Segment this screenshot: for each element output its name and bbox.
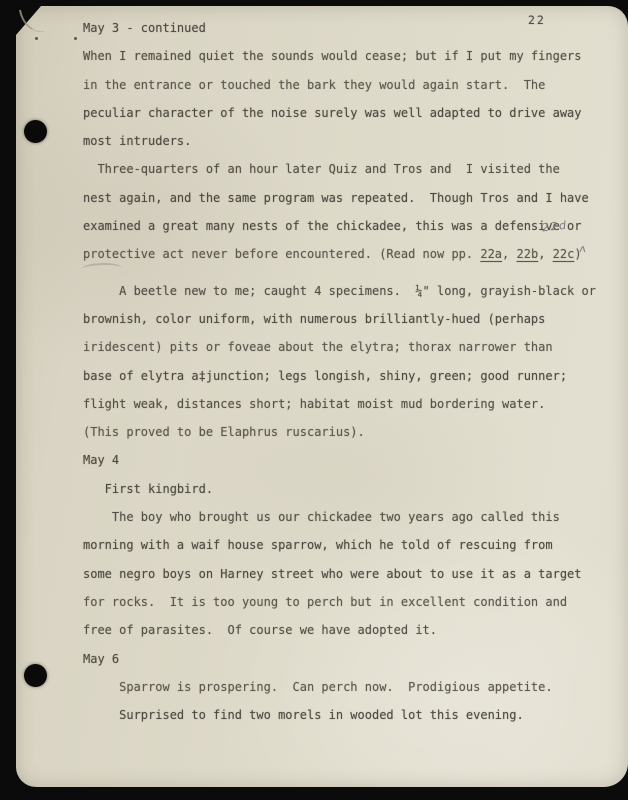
text-segment: protective act never before encountered.… bbox=[83, 247, 480, 261]
text-segment: Surprised to find two morels in wooded l… bbox=[83, 708, 524, 722]
text-line: free of parasites. Of course we have ado… bbox=[83, 616, 596, 644]
text-segment: free of parasites. Of course we have ado… bbox=[83, 623, 437, 637]
text-line: May 6 bbox=[83, 645, 596, 673]
text-segment: (This proved to be Elaphrus ruscarius). bbox=[83, 425, 365, 439]
text-segment: most intruders. bbox=[83, 134, 191, 148]
text-line: The boy who brought us our chickadee two… bbox=[83, 503, 596, 531]
text-line: iridescent) pits or foveae about the ely… bbox=[83, 333, 596, 361]
text-line: May 4 bbox=[83, 446, 596, 474]
text-segment: When I remained quiet the sounds would c… bbox=[83, 49, 582, 63]
pencil-squiggle-mark bbox=[82, 262, 123, 275]
ink-speck bbox=[35, 37, 38, 40]
caret-insertion-mark: ∧ bbox=[577, 244, 588, 255]
text-segment: iridescent) pits or foveae about the ely… bbox=[83, 340, 553, 354]
page-reference: 22c bbox=[553, 247, 575, 261]
text-segment: peculiar character of the noise surely w… bbox=[83, 106, 582, 120]
text-segment: , bbox=[538, 247, 552, 261]
text-line: May 3 - continued bbox=[83, 14, 596, 42]
text-segment: some negro boys on Harney street who wer… bbox=[83, 567, 582, 581]
punch-hole-top bbox=[24, 120, 47, 143]
text-segment: May 4 bbox=[83, 453, 119, 467]
text-line: examined a great many nests of the chick… bbox=[83, 212, 596, 240]
text-line: Three-quarters of an hour later Quiz and… bbox=[83, 155, 596, 183]
text-segment: nest again, and the same program was rep… bbox=[83, 191, 589, 205]
text-line: peculiar character of the noise surely w… bbox=[83, 99, 596, 127]
scan-background: 22 May 3 - continuedWhen I remained quie… bbox=[0, 0, 628, 800]
text-line: brownish, color uniform, with numerous b… bbox=[83, 305, 596, 333]
text-segment: May 6 bbox=[83, 652, 119, 666]
punch-hole-bottom bbox=[24, 664, 47, 687]
journal-page: 22 May 3 - continuedWhen I remained quie… bbox=[16, 6, 628, 787]
text-segment: May 3 - continued bbox=[83, 21, 206, 35]
text-line: Surprised to find two morels in wooded l… bbox=[83, 701, 596, 729]
text-line: morning with a waif house sparrow, which… bbox=[83, 531, 596, 559]
text-segment: First kingbird. bbox=[83, 482, 213, 496]
text-line: A beetle new to me; caught 4 specimens. … bbox=[83, 277, 596, 305]
text-segment: base of elytra a‡junction; legs longish,… bbox=[83, 369, 567, 383]
text-segment: in the entrance or touched the bark they… bbox=[83, 78, 545, 92]
ink-speck bbox=[74, 37, 77, 40]
text-segment: The boy who brought us our chickadee two… bbox=[83, 510, 560, 524]
handwritten-annotation: 22d bbox=[541, 219, 568, 235]
corner-fold-crease bbox=[19, 6, 44, 35]
text-line: in the entrance or touched the bark they… bbox=[83, 71, 596, 99]
text-line: (This proved to be Elaphrus ruscarius). bbox=[83, 418, 596, 446]
text-line: When I remained quiet the sounds would c… bbox=[83, 42, 596, 70]
text-segment: morning with a waif house sparrow, which… bbox=[83, 538, 553, 552]
text-line: First kingbird. bbox=[83, 475, 596, 503]
text-segment: flight weak, distances short; habitat mo… bbox=[83, 397, 545, 411]
text-line: most intruders. bbox=[83, 127, 596, 155]
text-segment: A beetle new to me; caught 4 specimens. … bbox=[83, 284, 596, 298]
page-reference: 22b bbox=[517, 247, 539, 261]
text-segment: , bbox=[502, 247, 516, 261]
text-line: base of elytra a‡junction; legs longish,… bbox=[83, 362, 596, 390]
journal-text-block: May 3 - continuedWhen I remained quiet t… bbox=[83, 14, 596, 729]
text-line: protective act never before encountered.… bbox=[83, 240, 596, 268]
text-segment: examined a great many nests of the chick… bbox=[83, 219, 582, 233]
text-line: nest again, and the same program was rep… bbox=[83, 184, 596, 212]
text-line: flight weak, distances short; habitat mo… bbox=[83, 390, 596, 418]
text-line: for rocks. It is too young to perch but … bbox=[83, 588, 596, 616]
text-line: some negro boys on Harney street who wer… bbox=[83, 560, 596, 588]
text-segment: brownish, color uniform, with numerous b… bbox=[83, 312, 545, 326]
text-segment: for rocks. It is too young to perch but … bbox=[83, 595, 567, 609]
page-reference: 22a bbox=[480, 247, 502, 261]
text-segment: Three-quarters of an hour later Quiz and… bbox=[83, 162, 560, 176]
text-line: Sparrow is prospering. Can perch now. Pr… bbox=[83, 673, 596, 701]
text-segment: Sparrow is prospering. Can perch now. Pr… bbox=[83, 680, 553, 694]
